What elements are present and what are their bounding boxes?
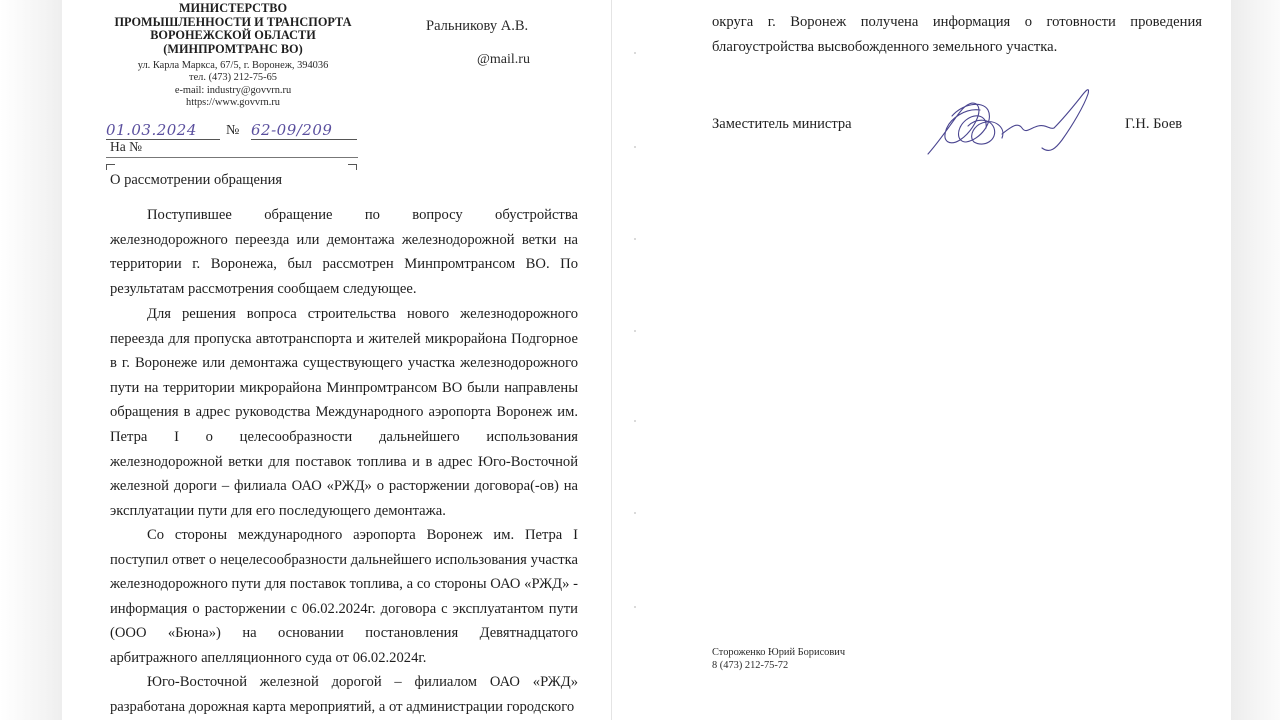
registration-number: 62-09/209 — [251, 121, 357, 140]
signatory-title: Заместитель министра — [712, 116, 852, 133]
ministry-line: (МИНПРОМТРАНС ВО) — [104, 43, 362, 57]
scan-speck — [634, 330, 636, 332]
letter-page-2 — [611, 0, 1231, 720]
paragraph-text: Для решения вопроса строительства нового… — [110, 302, 578, 523]
registration-date: 01.03.2024 — [106, 121, 220, 140]
background-left — [0, 0, 62, 720]
continuation-paragraph: округа г. Воронеж получена информация о … — [712, 10, 1202, 60]
executor-name: Стороженко Юрий Борисович — [712, 647, 845, 660]
ministry-name: МИНИСТЕРСТВО ПРОМЫШЛЕННОСТИ И ТРАНСПОРТА… — [104, 2, 362, 56]
paragraph-text: Со стороны международного аэропорта Воро… — [110, 523, 578, 671]
executor-phone: 8 (473) 212-75-72 — [712, 660, 845, 673]
scan-speck — [634, 146, 636, 148]
scan-speck — [634, 238, 636, 240]
registration-number-label: № — [226, 123, 239, 139]
letter-subject: О рассмотрении обращения — [110, 172, 282, 189]
subject-corner-right — [348, 164, 357, 170]
ministry-line: ВОРОНЕЖСКОЙ ОБЛАСТИ — [104, 29, 362, 43]
background-right — [1230, 0, 1280, 720]
body-paragraph-4: Юго-Восточной железной дорогой – филиало… — [110, 670, 578, 719]
ministry-contacts: ул. Карла Маркса, 67/5, г. Воронеж, 3940… — [104, 60, 362, 109]
ministry-line: ПРОМЫШЛЕННОСТИ И ТРАНСПОРТА — [104, 16, 362, 30]
scan-speck — [634, 52, 636, 54]
ministry-address: ул. Карла Маркса, 67/5, г. Воронеж, 3940… — [104, 60, 362, 72]
subject-corner-left — [106, 164, 115, 170]
ministry-phone: тел. (473) 212-75-65 — [104, 72, 362, 84]
ministry-line: МИНИСТЕРСТВО — [104, 2, 362, 16]
signatory-name: Г.Н. Боев — [1125, 116, 1182, 133]
handwritten-signature — [922, 82, 1097, 160]
executor-info: Стороженко Юрий Борисович 8 (473) 212-75… — [712, 647, 845, 672]
scan-speck — [634, 420, 636, 422]
body-paragraph-3: Со стороны международного аэропорта Воро… — [110, 523, 578, 671]
body-paragraph-1: Поступившее обращение по вопросу обустро… — [110, 203, 578, 301]
paragraph-text: округа г. Воронеж получена информация о … — [712, 10, 1202, 60]
scan-speck — [634, 606, 636, 608]
ministry-website: https://www.govvrn.ru — [104, 97, 362, 109]
reference-line — [106, 157, 358, 158]
recipient-email: @mail.ru — [477, 52, 530, 68]
paragraph-text: Поступившее обращение по вопросу обустро… — [110, 203, 578, 301]
paragraph-text: Юго-Восточной железной дорогой – филиало… — [110, 670, 578, 719]
body-paragraph-2: Для решения вопроса строительства нового… — [110, 302, 578, 523]
scan-speck — [634, 512, 636, 514]
ministry-email: e-mail: industry@govvrn.ru — [104, 85, 362, 97]
recipient-name: Ральникову А.В. — [426, 18, 528, 35]
reference-label: На № — [110, 139, 142, 155]
